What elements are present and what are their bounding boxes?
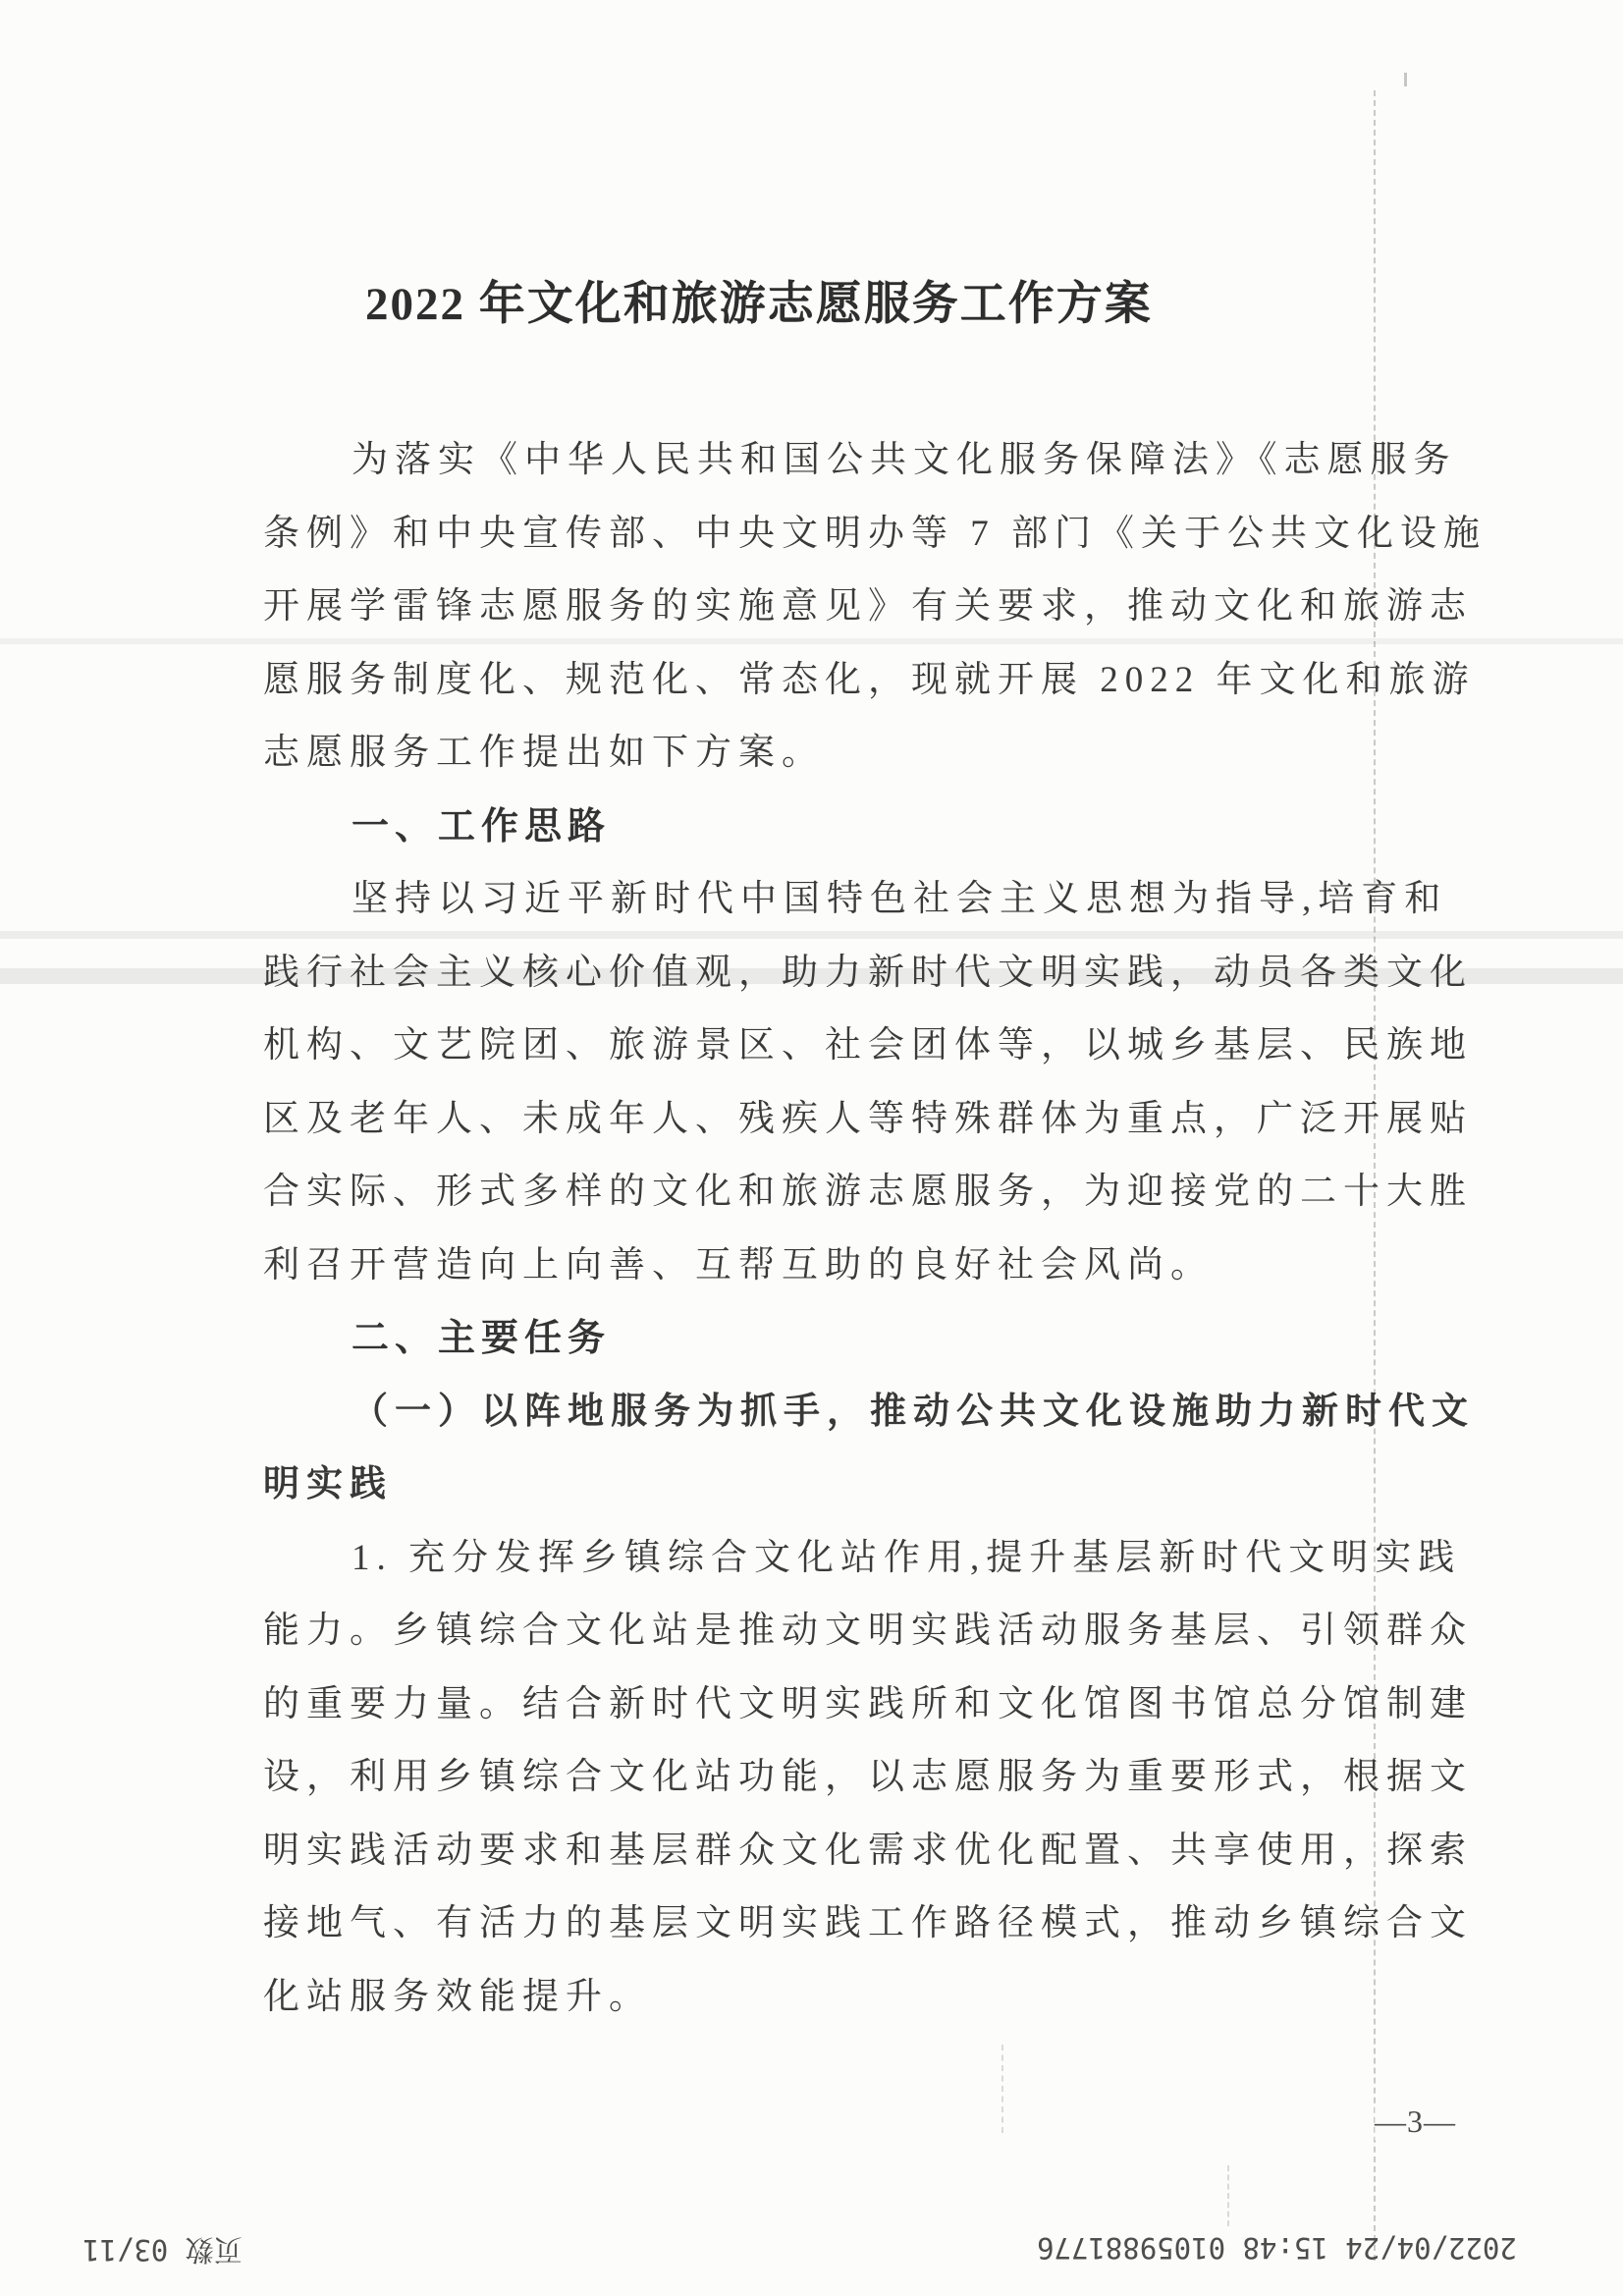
fax-footer-timestamp: 2022/04/24 15:48 01059881776: [1037, 2231, 1517, 2265]
scanned-document-page: 2022 年文化和旅游志愿服务工作方案 为落实《中华人民共和国公共文化服务保障法…: [0, 0, 1623, 2296]
text-line: 条例》和中央宣传部、中央文明办等 7 部门《关于公共文化设施: [263, 498, 1461, 572]
document-body: 为落实《中华人民共和国公共文化服务保障法》《志愿服务条例》和中央宣传部、中央文明…: [263, 424, 1461, 2034]
text-line: 化站服务效能提升。: [263, 1961, 1461, 2035]
text-line: 1. 充分发挥乡镇综合文化站作用,提升基层新时代文明实践: [263, 1522, 1461, 1596]
text-line: 志愿服务工作提出如下方案。: [263, 717, 1461, 791]
text-line: 践行社会主义核心价值观，助力新时代文明实践，动员各类文化: [263, 937, 1461, 1011]
scan-artifact-tick: [1404, 73, 1407, 86]
text-line: 明实践: [263, 1449, 1461, 1522]
text-line: 明实践活动要求和基层群众文化需求优化配置、共享使用，探索: [263, 1815, 1461, 1888]
text-line: 二、主要任务: [263, 1302, 1461, 1376]
text-line: 设，利用乡镇综合文化站功能，以志愿服务为重要形式，根据文: [263, 1741, 1461, 1815]
text-line: 能力。乡镇综合文化站是推动文明实践活动服务基层、引领群众: [263, 1595, 1461, 1668]
text-line: （一）以阵地服务为抓手，推动公共文化设施助力新时代文: [263, 1376, 1461, 1449]
scan-artifact-dash: [1001, 2045, 1003, 2133]
page-number: —3—: [1375, 2104, 1456, 2140]
text-line: 愿服务制度化、规范化、常态化，现就开展 2022 年文化和旅游: [263, 644, 1461, 718]
text-line: 接地气、有活力的基层文明实践工作路径模式，推动乡镇综合文: [263, 1887, 1461, 1961]
fax-footer-page-count: 页数 03/11: [82, 2231, 243, 2271]
text-line: 利召开营造向上向善、互帮互助的良好社会风尚。: [263, 1230, 1461, 1303]
text-line: 坚持以习近平新时代中国特色社会主义思想为指导,培育和: [263, 863, 1461, 937]
scan-artifact-dash: [1227, 2165, 1229, 2226]
text-line: 的重要力量。结合新时代文明实践所和文化馆图书馆总分馆制建: [263, 1668, 1461, 1742]
text-line: 一、工作思路: [263, 791, 1461, 864]
text-line: 机构、文艺院团、旅游景区、社会团体等，以城乡基层、民族地: [263, 1010, 1461, 1083]
text-line: 合实际、形式多样的文化和旅游志愿服务，为迎接党的二十大胜: [263, 1156, 1461, 1230]
text-line: 开展学雷锋志愿服务的实施意见》有关要求，推动文化和旅游志: [263, 571, 1461, 644]
text-line: 区及老年人、未成年人、残疾人等特殊群体为重点，广泛开展贴: [263, 1083, 1461, 1157]
text-line: 为落实《中华人民共和国公共文化服务保障法》《志愿服务: [263, 424, 1461, 498]
document-title: 2022 年文化和旅游志愿服务工作方案: [365, 267, 1153, 333]
